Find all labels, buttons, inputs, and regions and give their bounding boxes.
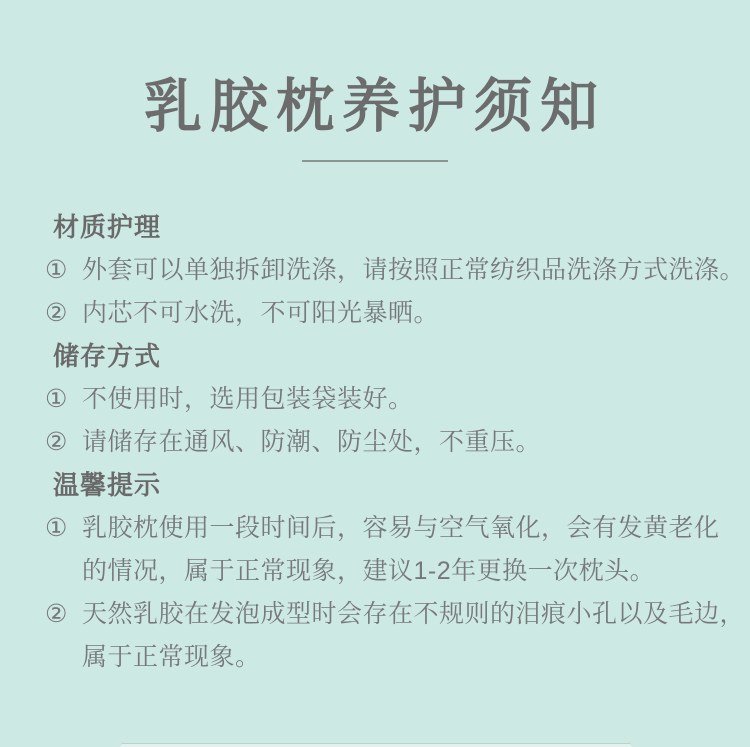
item-text-line: 内芯不可水洗，不可阳光暴晒。 [82,292,439,335]
care-notice-page: 乳胶枕养护须知 材质护理 ① 外套可以单独拆卸洗涤，请按照正常纺织品洗涤方式洗涤… [0,0,750,747]
item-marker: ② [45,421,82,464]
title-divider [302,160,448,162]
item-text-line: 属于正常现象。 [82,636,745,679]
page-title: 乳胶枕养护须知 [0,0,750,138]
list-item: ① 不使用时，选用包装袋装好。 [45,378,720,421]
item-marker: ① [45,249,82,292]
section-heading-material-care: 材质护理 [45,206,720,249]
list-item: ② 天然乳胶在发泡成型时会存在不规则的泪痕小孔以及毛边， 属于正常现象。 [45,593,720,679]
item-marker: ② [45,593,82,636]
section-heading-tips: 温馨提示 [45,464,720,507]
item-text: 不使用时，选用包装袋装好。 [82,378,414,421]
item-text: 内芯不可水洗，不可阳光暴晒。 [82,292,439,335]
content-area: 材质护理 ① 外套可以单独拆卸洗涤，请按照正常纺织品洗涤方式洗涤。 ② 内芯不可… [45,206,720,679]
item-text-line: 不使用时，选用包装袋装好。 [82,378,414,421]
item-text-line: 乳胶枕使用一段时间后，容易与空气氧化，会有发黄老化 [82,507,720,550]
item-marker: ② [45,292,82,335]
list-item: ① 外套可以单独拆卸洗涤，请按照正常纺织品洗涤方式洗涤。 [45,249,720,292]
item-marker: ① [45,507,82,550]
next-card-top-edge [120,743,632,747]
item-text-line: 天然乳胶在发泡成型时会存在不规则的泪痕小孔以及毛边， [82,593,745,636]
item-text: 乳胶枕使用一段时间后，容易与空气氧化，会有发黄老化 的情况，属于正常现象，建议1… [82,507,720,593]
list-item: ② 请储存在通风、防潮、防尘处，不重压。 [45,421,720,464]
item-marker: ① [45,378,82,421]
item-text: 天然乳胶在发泡成型时会存在不规则的泪痕小孔以及毛边， 属于正常现象。 [82,593,745,679]
section-heading-storage: 储存方式 [45,335,720,378]
item-text: 外套可以单独拆卸洗涤，请按照正常纺织品洗涤方式洗涤。 [82,249,745,292]
item-text-line: 外套可以单独拆卸洗涤，请按照正常纺织品洗涤方式洗涤。 [82,249,745,292]
item-text-line: 的情况，属于正常现象，建议1-2年更换一次枕头。 [82,550,720,593]
list-item: ① 乳胶枕使用一段时间后，容易与空气氧化，会有发黄老化 的情况，属于正常现象，建… [45,507,720,593]
list-item: ② 内芯不可水洗，不可阳光暴晒。 [45,292,720,335]
item-text-line: 请储存在通风、防潮、防尘处，不重压。 [82,421,541,464]
item-text: 请储存在通风、防潮、防尘处，不重压。 [82,421,541,464]
